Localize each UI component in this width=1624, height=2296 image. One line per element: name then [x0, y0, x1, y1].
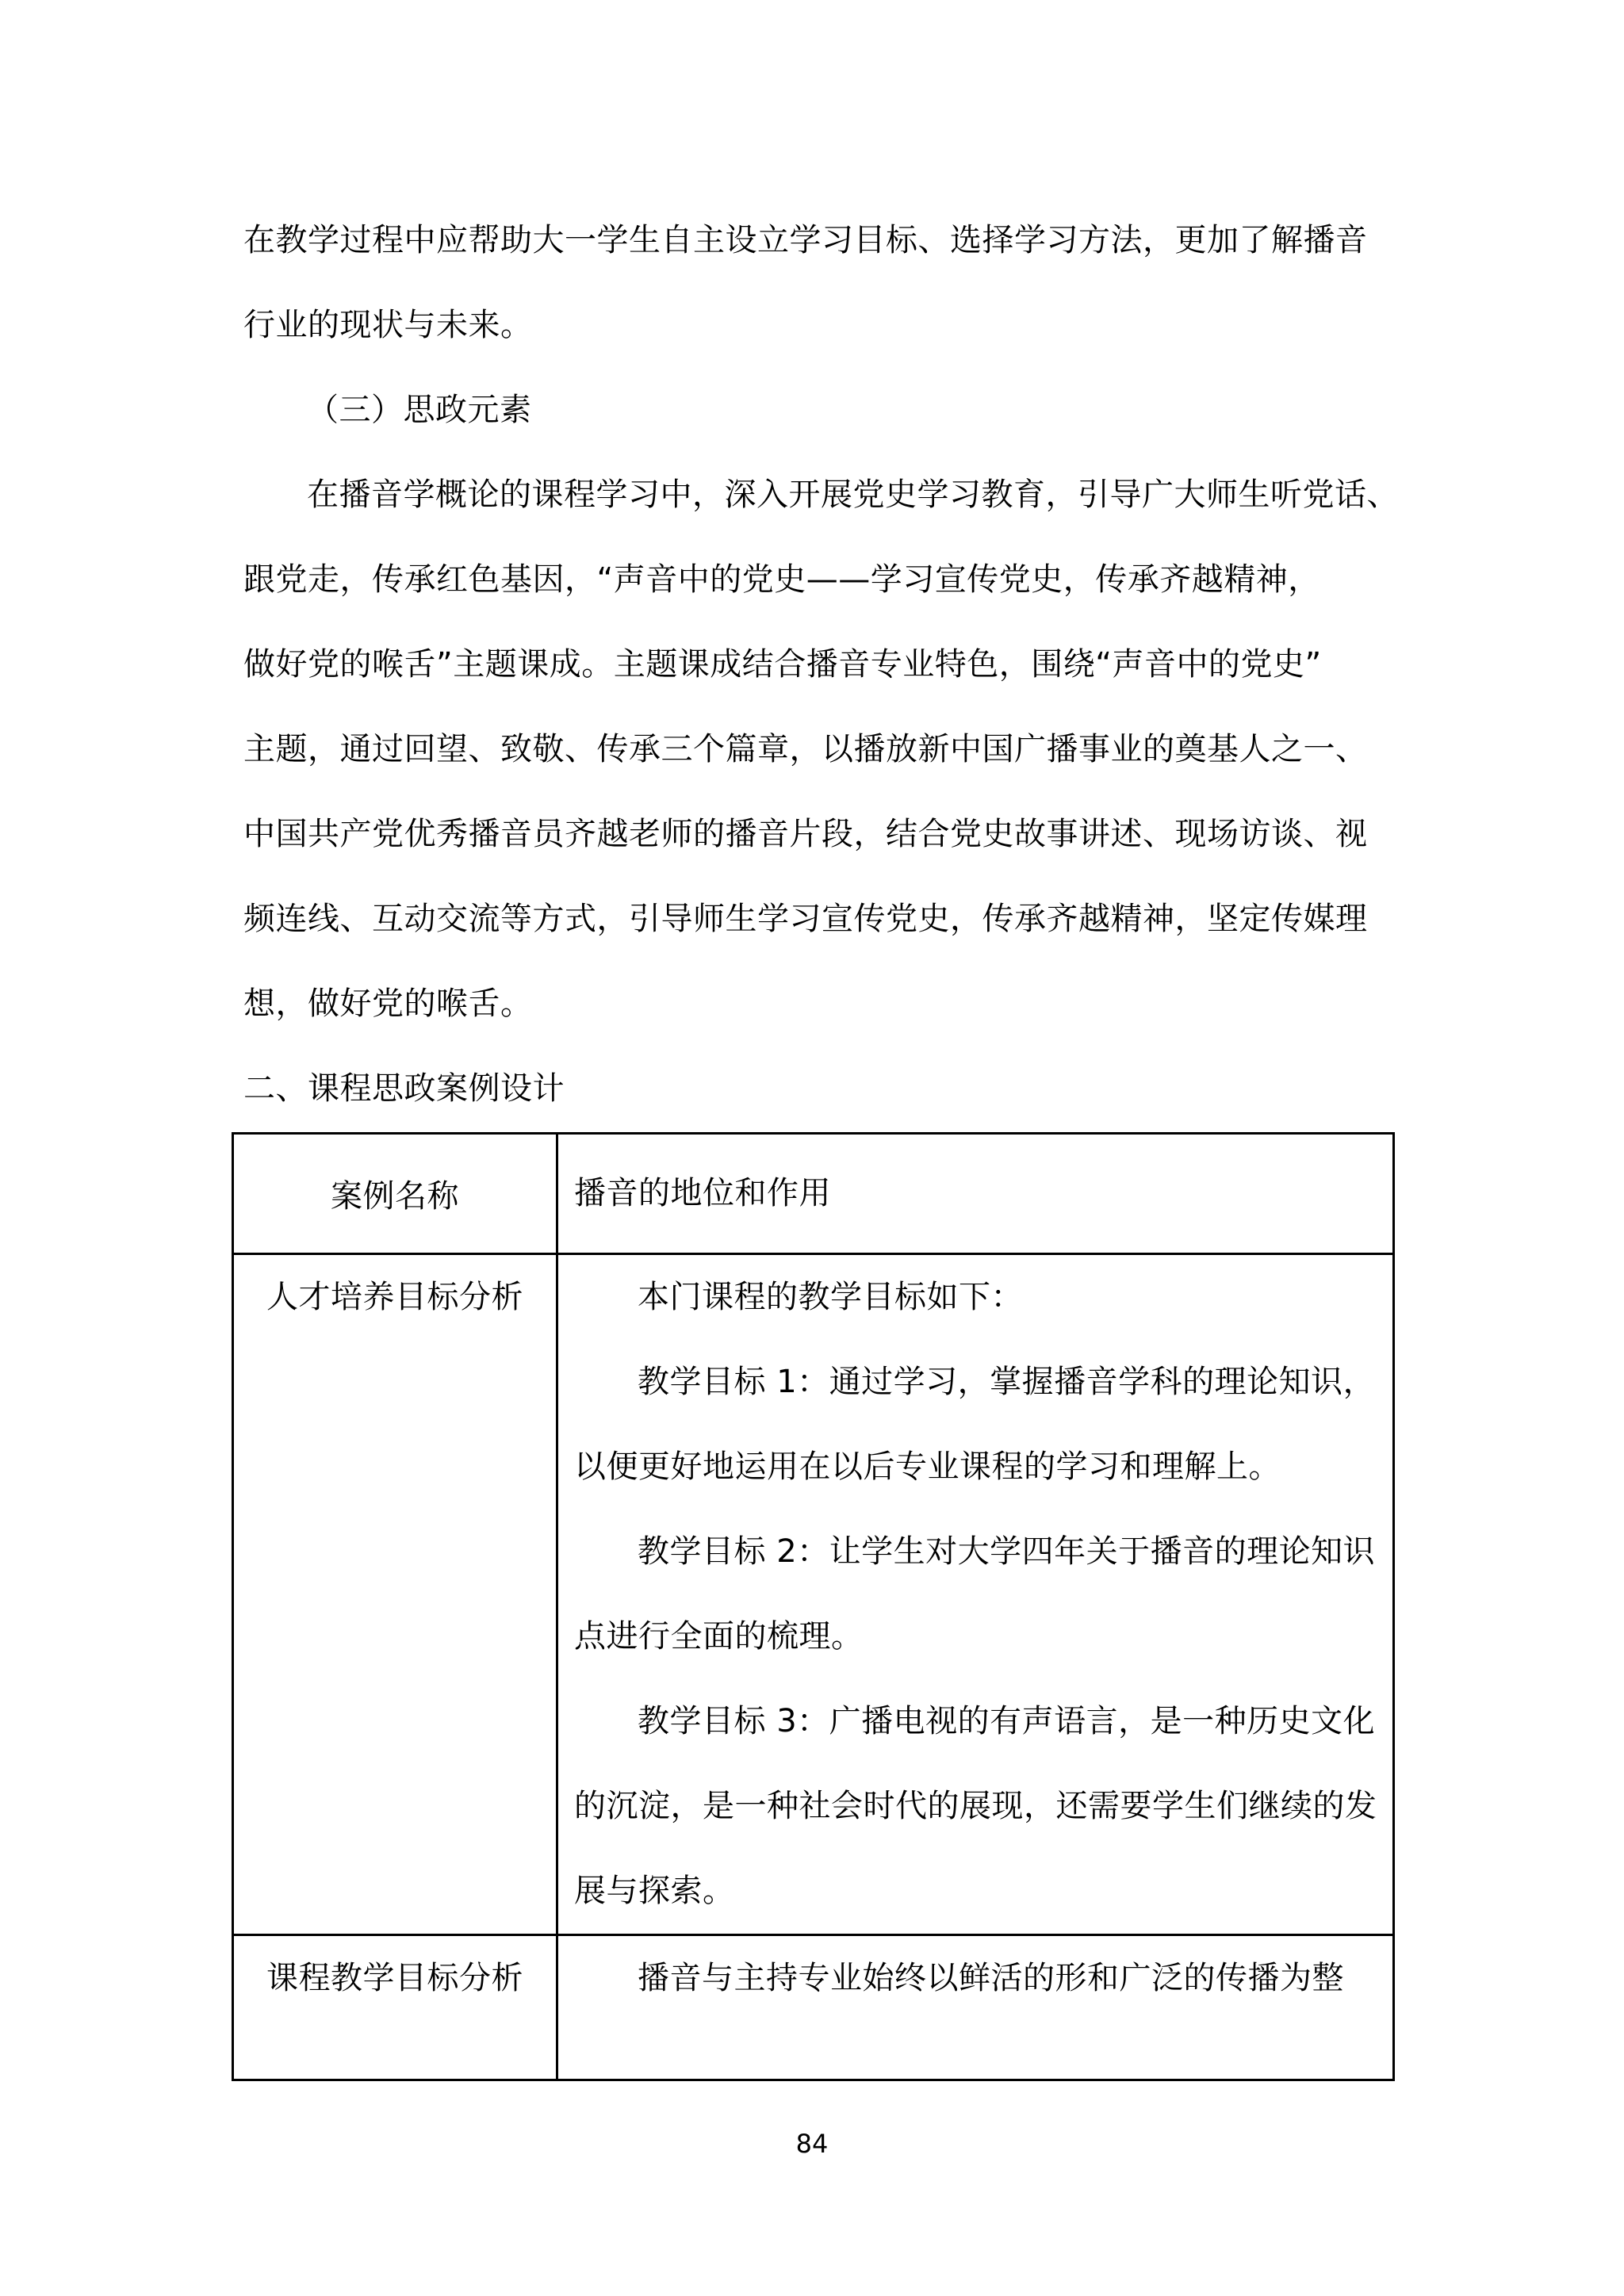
row-label: 案例名称 — [331, 1178, 459, 1215]
cell-line: 以便更好地运用在以后专业课程的学习和理解上。 — [574, 1425, 1392, 1510]
section-heading: 二、课程思政案例设计 — [243, 1047, 1403, 1131]
paragraph-line: 做好党的喉舌”主题课成。主题课成结合播音专业特色，围绕“声音中的党史” — [243, 622, 1403, 707]
row-label: 人才培养目标分析 — [234, 1255, 556, 1340]
cell-line: 的沉淀，是一种社会时代的展现，还需要学生们继续的发 — [574, 1764, 1392, 1849]
document-page: 在教学过程中应帮助大一学生自主设立学习目标、选择学习方法，更加了解播音 行业的现… — [0, 0, 1624, 2296]
paragraph-line: 主题，通过回望、致敬、传承三个篇章，以播放新中国广播事业的奠基人之一、 — [243, 707, 1403, 792]
case-design-table: 案例名称 播音的地位和作用 人才培养目标分析 本门课程的教学目标如下： 教学目标… — [232, 1132, 1395, 2081]
row-content-cell: 播音与主持专业始终以鲜活的形和广泛的传播为整 — [557, 1935, 1394, 2080]
paragraph-line: 频连线、互动交流等方式，引导师生学习宣传党史，传承齐越精神，坚定传媒理 — [243, 877, 1403, 962]
table-row: 案例名称 播音的地位和作用 — [233, 1134, 1394, 1254]
body-text: 在教学过程中应帮助大一学生自主设立学习目标、选择学习方法，更加了解播音 行业的现… — [243, 198, 1403, 1131]
paragraph-line: 跟党走，传承红色基因，“声音中的党史——学习宣传党史，传承齐越精神， — [243, 538, 1403, 622]
cell-line: 教学目标 2：让学生对大学四年关于播音的理论知识 — [574, 1510, 1392, 1594]
row-label: 课程教学目标分析 — [234, 1936, 556, 2021]
cell-line: 展与探索。 — [574, 1849, 1392, 1934]
row-label-cell: 案例名称 — [233, 1134, 557, 1254]
row-content-cell: 本门课程的教学目标如下： 教学目标 1：通过学习，掌握播音学科的理论知识， 以便… — [557, 1254, 1394, 1935]
row-content-cell: 播音的地位和作用 — [557, 1134, 1394, 1254]
paragraph-line: 在播音学概论的课程学习中，深入开展党史学习教育，引导广大师生听党话、 — [243, 453, 1403, 538]
cell-line: 播音与主持专业始终以鲜活的形和广泛的传播为整 — [574, 1936, 1392, 2021]
cell-line: 教学目标 3：广播电视的有声语言，是一种历史文化 — [574, 1679, 1392, 1764]
row-label-cell: 人才培养目标分析 — [233, 1254, 557, 1935]
cell-line: 本门课程的教学目标如下： — [574, 1255, 1392, 1340]
table-row: 人才培养目标分析 本门课程的教学目标如下： 教学目标 1：通过学习，掌握播音学科… — [233, 1254, 1394, 1935]
page-number: 84 — [0, 2129, 1624, 2159]
paragraph-line: 在教学过程中应帮助大一学生自主设立学习目标、选择学习方法，更加了解播音 — [243, 198, 1403, 283]
row-label-cell: 课程教学目标分析 — [233, 1935, 557, 2080]
cell-line: 教学目标 1：通过学习，掌握播音学科的理论知识， — [574, 1340, 1392, 1425]
paragraph-line: 行业的现状与未来。 — [243, 283, 1403, 368]
cell-line: 点进行全面的梳理。 — [574, 1594, 1392, 1679]
paragraph-line: 想，做好党的喉舌。 — [243, 962, 1403, 1047]
table-row: 课程教学目标分析 播音与主持专业始终以鲜活的形和广泛的传播为整 — [233, 1935, 1394, 2080]
subsection-heading: （三）思政元素 — [243, 368, 1403, 453]
cell-line: 播音的地位和作用 — [574, 1151, 1392, 1236]
paragraph-line: 中国共产党优秀播音员齐越老师的播音片段，结合党史故事讲述、现场访谈、视 — [243, 792, 1403, 877]
